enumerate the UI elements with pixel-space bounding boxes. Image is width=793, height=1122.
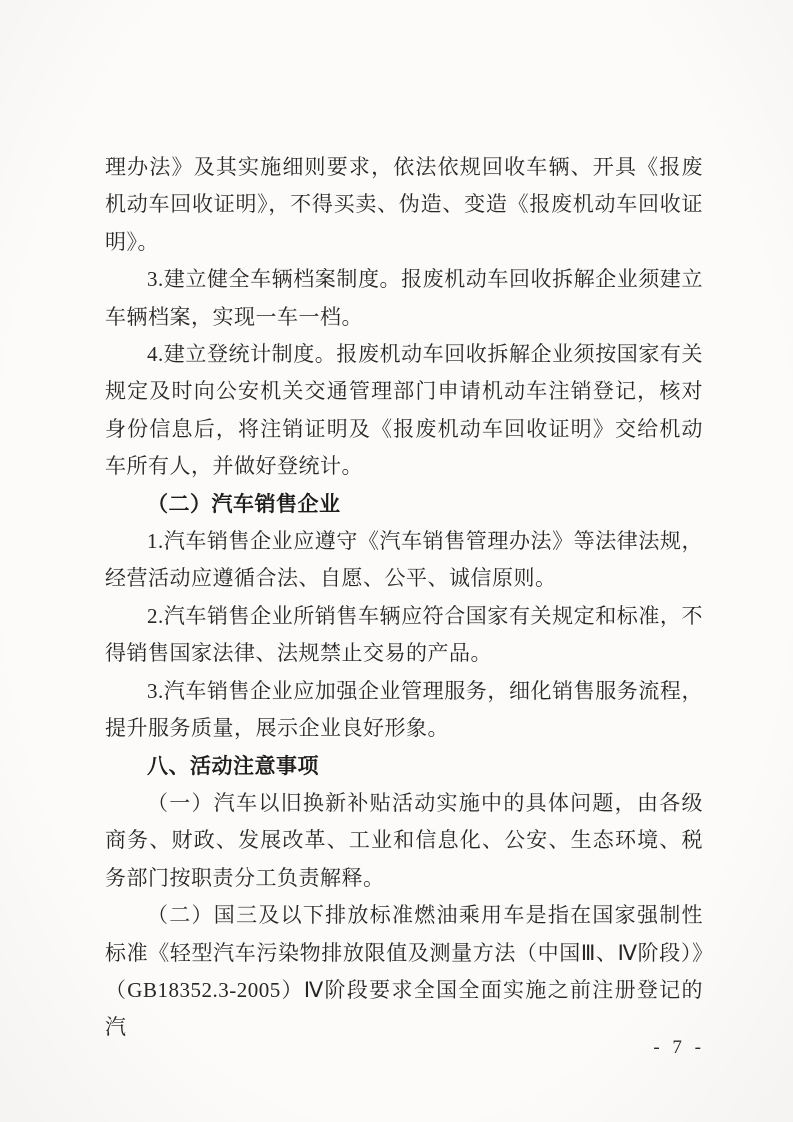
page-number: - 7 -: [653, 1036, 705, 1060]
paragraph-sales-item-2-standards: 2.汽车销售企业所销售车辆应符合国家有关规定和标准，不得销售国家法律、法规禁止交…: [105, 598, 703, 673]
paragraph-sales-item-3-service: 3.汽车销售企业应加强企业管理服务，细化销售服务流程，提升服务质量，展示企业良好…: [105, 673, 703, 748]
paragraph-recycle-cert-continuation: 理办法》及其实施细则要求，依法依规回收车辆、开具《报废机动车回收证明》，不得买卖…: [105, 149, 703, 261]
paragraph-item-3-vehicle-archive: 3.建立健全车辆档案制度。报废机动车回收拆解企业须建立车辆档案，实现一车一档。: [105, 261, 703, 336]
paragraph-note-2-emission-standard: （二）国三及以下排放标准燃油乘用车是指在国家强制性标准《轻型汽车污染物排放限值及…: [105, 897, 703, 1047]
document-body: 理办法》及其实施细则要求，依法依规回收车辆、开具《报废机动车回收证明》，不得买卖…: [105, 149, 703, 1047]
section-heading-auto-sales-enterprises: （二）汽车销售企业: [105, 486, 703, 523]
document-page: 理办法》及其实施细则要求，依法依规回收车辆、开具《报废机动车回收证明》，不得买卖…: [0, 0, 793, 1122]
paragraph-item-4-registration-stats: 4.建立登统计制度。报废机动车回收拆解企业须按国家有关规定及时向公安机关交通管理…: [105, 336, 703, 486]
paragraph-note-1-responsibility: （一）汽车以旧换新补贴活动实施中的具体问题，由各级商务、财政、发展改革、工业和信…: [105, 785, 703, 897]
section-heading-activity-notes: 八、活动注意事项: [105, 748, 703, 785]
paragraph-sales-item-1-regulations: 1.汽车销售企业应遵守《汽车销售管理办法》等法律法规，经营活动应遵循合法、自愿、…: [105, 523, 703, 598]
